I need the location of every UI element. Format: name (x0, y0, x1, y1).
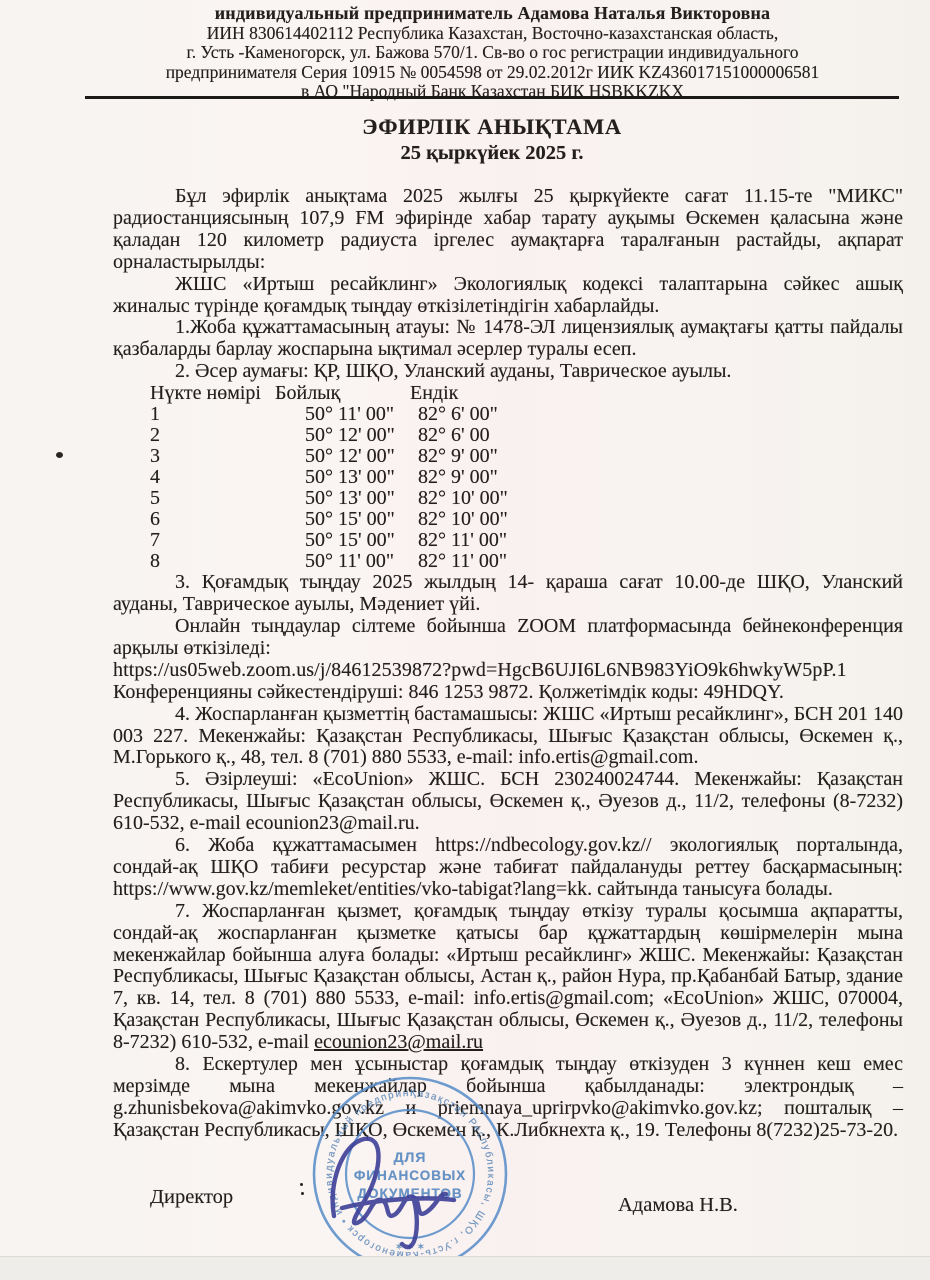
letterhead-iin: ИИН 830614402112 Республика Казахстан, В… (85, 24, 900, 44)
table-row: 2 50° 12' 00" 82° 6' 00 (150, 425, 903, 446)
director-name: Адамова Н.В. (618, 1194, 738, 1217)
letterhead-owner: индивидуальный предприниматель Адамова Н… (85, 4, 900, 24)
scanned-document-page: индивидуальный предприниматель Адамова Н… (0, 0, 930, 1256)
latitude-value: 82° 11' 00" (418, 530, 507, 551)
table-row: 5 50° 13' 00" 82° 10' 00" (150, 488, 903, 509)
table-row: 7 50° 15' 00" 82° 11' 00" (150, 530, 903, 551)
point-number: 5 (150, 488, 305, 509)
document-date: 25 қыркүйек 2025 г. (85, 142, 899, 165)
latitude-value: 82° 10' 00" (418, 488, 508, 509)
longitude-value: 50° 13' 00" (305, 467, 418, 488)
page-title: ЭФИРЛІК АНЫҚТАМА (85, 114, 899, 140)
latitude-value: 82° 11' 00" (418, 551, 507, 572)
paragraph-item-7-text: 7. Жоспарланған қызмет, қоғамдық тыңдау … (113, 900, 903, 1053)
longitude-value: 50° 15' 00" (305, 530, 418, 551)
scanner-background (0, 1256, 930, 1280)
longitude-value: 50° 12' 00" (305, 446, 418, 467)
paragraph-item-2: 2. Әсер аумағы: ҚР, ШҚО, Уланский ауданы… (113, 361, 903, 383)
paragraph-item-5: 5. Әзірлеуші: «EcoUnion» ЖШС. БСН 230240… (113, 769, 903, 835)
director-signature (312, 1112, 512, 1256)
point-number: 8 (150, 551, 305, 572)
director-label: Директор (150, 1186, 233, 1209)
col-latitude: Ендік (410, 383, 458, 404)
table-row: 6 50° 15' 00" 82° 10' 00" (150, 509, 903, 530)
document-body: Бұл эфирлік анықтама 2025 жылғы 25 қыркү… (113, 186, 903, 1142)
col-point-number: Нүкте нөмірі (150, 383, 275, 404)
latitude-value: 82° 10' 00" (418, 509, 508, 530)
scan-speck (300, 1183, 303, 1186)
point-number: 1 (150, 404, 305, 425)
point-number: 3 (150, 446, 305, 467)
longitude-value: 50° 15' 00" (305, 509, 418, 530)
scan-speck (56, 452, 63, 458)
paragraph-intro: Бұл эфирлік анықтама 2025 жылғы 25 қыркү… (113, 186, 903, 274)
point-number: 4 (150, 467, 305, 488)
paragraph-item-3: 3. Қоғамдық тыңдау 2025 жылдың 14- қараш… (113, 572, 903, 616)
paragraph-item-7: 7. Жоспарланған қызмет, қоғамдық тыңдау … (113, 901, 903, 1054)
table-row: 1 50° 11' 00" 82° 6' 00" (150, 404, 903, 425)
table-row: 8 50° 11' 00" 82° 11' 00" (150, 551, 903, 572)
paragraph-online: Онлайн тыңдаулар сілтеме бойынша ZOOM пл… (113, 616, 903, 660)
coordinates-header-row: Нүкте нөмірі Бойлық Ендік (150, 383, 903, 404)
latitude-value: 82° 9' 00" (418, 446, 498, 467)
zoom-link-text: https://us05web.zoom.us/j/84612539872?pw… (113, 660, 903, 682)
longitude-value: 50° 11' 00" (305, 404, 418, 425)
point-number: 7 (150, 530, 305, 551)
col-longitude: Бойлық (275, 383, 410, 404)
latitude-value: 82° 6' 00 (418, 425, 490, 446)
latitude-value: 82° 9' 00" (418, 467, 498, 488)
point-number: 2 (150, 425, 305, 446)
latitude-value: 82° 6' 00" (418, 404, 498, 425)
point-number: 6 (150, 509, 305, 530)
conference-id-text: Конференцияны сәйкестендіруші: 846 1253 … (113, 682, 903, 704)
letterhead: индивидуальный предприниматель Адамова Н… (85, 4, 900, 102)
table-row: 4 50° 13' 00" 82° 9' 00" (150, 467, 903, 488)
table-row: 3 50° 12' 00" 82° 9' 00" (150, 446, 903, 467)
letterhead-address: г. Усть -Каменогорск, ул. Бажова 570/1. … (85, 43, 900, 63)
scan-speck (301, 1192, 304, 1195)
coordinates-table: Нүкте нөмірі Бойлық Ендік 1 50° 11' 00" … (150, 383, 903, 572)
longitude-value: 50° 11' 00" (305, 551, 418, 572)
header-divider (85, 96, 899, 99)
email-link-text: ecounion23@mail.ru (314, 1031, 483, 1053)
paragraph-item-1: 1.Жоба құжаттамасының атауы: № 1478-ЭЛ л… (113, 317, 903, 361)
longitude-value: 50° 12' 00" (305, 425, 418, 446)
letterhead-registration: предпринимателя Серия 10915 № 0054598 от… (85, 63, 900, 83)
paragraph-announce: ЖШС «Иртыш ресайклинг» Экологиялық кодек… (113, 274, 903, 318)
paragraph-item-6: 6. Жоба құжаттамасымен https://ndbecolog… (113, 835, 903, 901)
paragraph-item-4: 4. Жоспарланған қызметтің бастамашысы: Ж… (113, 704, 903, 770)
longitude-value: 50° 13' 00" (305, 488, 418, 509)
